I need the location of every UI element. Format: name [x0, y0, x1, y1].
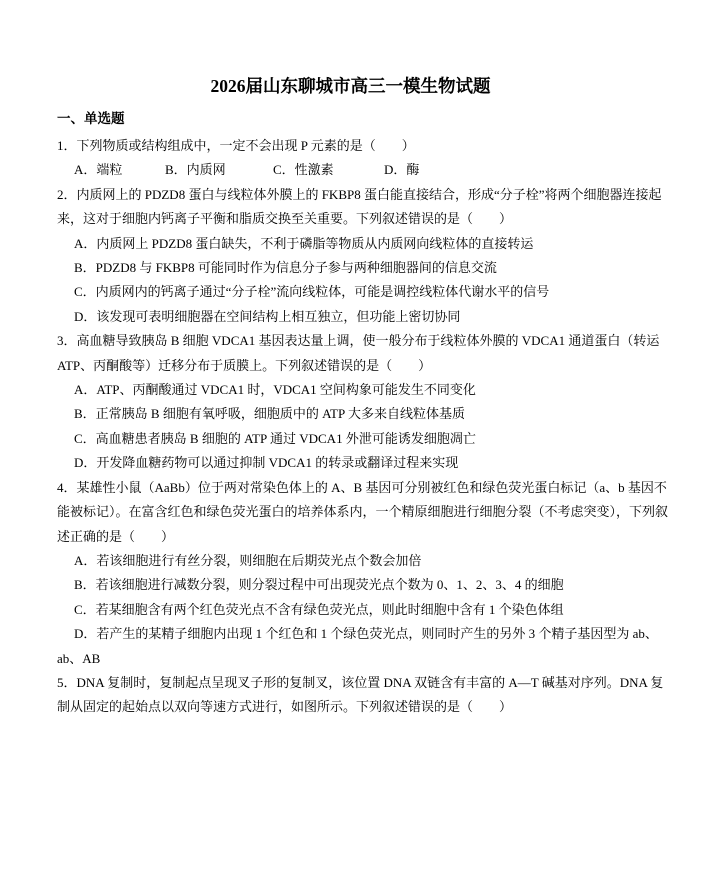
question-1-option-d: D．酶 [384, 158, 419, 182]
question-2-option-a: A．内质网上 PDZD8 蛋白缺失，不利于磷脂等物质从内质网向线粒体的直接转运 [57, 232, 669, 256]
question-2-stem: 2．内质网上的 PDZD8 蛋白与线粒体外膜上的 FKBP8 蛋白能直接结合，形… [57, 183, 669, 232]
question-4-option-b: B．若该细胞进行减数分裂，则分裂过程中可出现荧光点个数为 0、1、2、3、4 的… [57, 573, 669, 597]
question-4: 4．某雄性小鼠（AaBb）位于两对常染色体上的 A、B 基因可分别被红色和绿色荧… [57, 476, 669, 671]
section-heading-single-choice: 一、单选题 [57, 111, 701, 127]
question-3-option-a: A．ATP、丙酮酸通过 VDCA1 时，VDCA1 空间构象可能发生不同变化 [57, 378, 669, 402]
question-2-option-c: C．内质网内的钙离子通过“分子栓”流向线粒体，可能是调控线粒体代谢水平的信号 [57, 280, 669, 304]
question-2-option-d: D．该发现可表明细胞器在空间结构上相互独立，但功能上密切协同 [57, 305, 669, 329]
question-3-option-b: B．正常胰岛 B 细胞有氧呼吸，细胞质中的 ATP 大多来自线粒体基质 [57, 402, 669, 426]
question-1-option-c: C．性激素 [273, 158, 384, 182]
question-1-options-row: A．端粒 B．内质网 C．性激素 D．酶 [57, 158, 669, 182]
question-5: 5．DNA 复制时，复制起点呈现叉子形的复制叉，该位置 DNA 双链含有丰富的 … [57, 671, 669, 720]
question-4-stem: 4．某雄性小鼠（AaBb）位于两对常染色体上的 A、B 基因可分别被红色和绿色荧… [57, 476, 669, 549]
question-1-option-b: B．内质网 [165, 158, 273, 182]
question-3: 3．高血糖导致胰岛 B 细胞 VDCA1 基因表达量上调，使一般分布于线粒体外膜… [57, 329, 669, 475]
question-list: 1．下列物质或结构组成中，一定不会出现 P 元素的是（ ） A．端粒 B．内质网… [57, 134, 669, 720]
question-3-option-d: D．开发降血糖药物可以通过抑制 VDCA1 的转录或翻译过程来实现 [57, 451, 669, 475]
question-1: 1．下列物质或结构组成中，一定不会出现 P 元素的是（ ） A．端粒 B．内质网… [57, 134, 669, 183]
question-4-option-d: D．若产生的某精子细胞内出现 1 个红色和 1 个绿色荧光点，则同时产生的另外 … [57, 622, 669, 671]
question-4-option-a: A．若该细胞进行有丝分裂，则细胞在后期荧光点个数会加倍 [57, 549, 669, 573]
question-1-option-a: A．端粒 [74, 158, 165, 182]
question-2-option-b: B．PDZD8 与 FKBP8 可能同时作为信息分子参与两种细胞器间的信息交流 [57, 256, 669, 280]
question-3-stem: 3．高血糖导致胰岛 B 细胞 VDCA1 基因表达量上调，使一般分布于线粒体外膜… [57, 329, 669, 378]
exam-title: 2026届山东聊城市高三一模生物试题 [0, 0, 701, 96]
question-2: 2．内质网上的 PDZD8 蛋白与线粒体外膜上的 FKBP8 蛋白能直接结合，形… [57, 183, 669, 329]
question-3-option-c: C．高血糖患者胰岛 B 细胞的 ATP 通过 VDCA1 外泄可能诱发细胞凋亡 [57, 427, 669, 451]
document-page: 2026届山东聊城市高三一模生物试题 一、单选题 1．下列物质或结构组成中，一定… [0, 0, 701, 878]
question-4-option-c: C．若某细胞含有两个红色荧光点不含有绿色荧光点，则此时细胞中含有 1 个染色体组 [57, 598, 669, 622]
question-5-stem: 5．DNA 复制时，复制起点呈现叉子形的复制叉，该位置 DNA 双链含有丰富的 … [57, 671, 669, 720]
question-1-stem: 1．下列物质或结构组成中，一定不会出现 P 元素的是（ ） [57, 134, 669, 158]
